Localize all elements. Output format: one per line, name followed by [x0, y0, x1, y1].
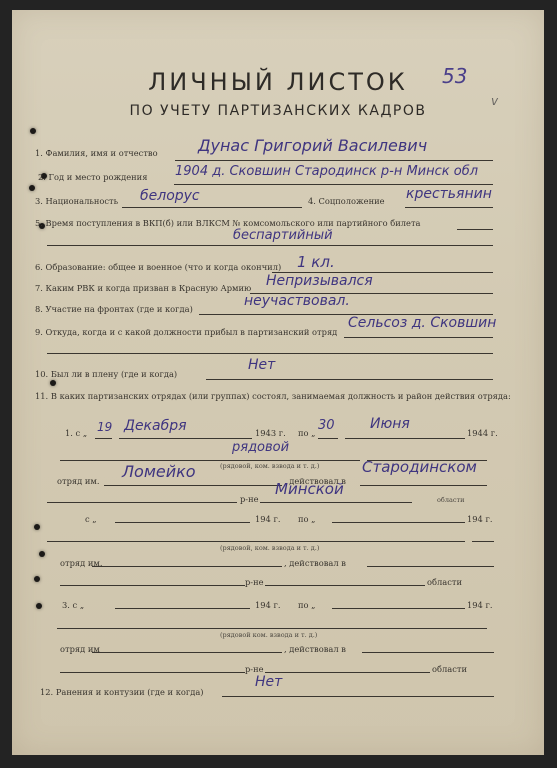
- field-4-label: 4. Соцположение: [308, 196, 385, 206]
- document-subtitle: ПО УЧЕТУ ПАРТИЗАНСКИХ КАДРОВ: [12, 103, 544, 119]
- field-7-label: 7. Каким РВК и когда призван в Красную А…: [35, 283, 251, 293]
- unit-1-unit-name: Ломейко: [122, 462, 196, 481]
- punch-hole: [50, 380, 56, 386]
- underline: [57, 628, 487, 629]
- underline: [472, 541, 494, 542]
- nationality-value: белорус: [140, 188, 200, 204]
- birth-year-place-value: 1904 д. Сковшин Стародинск р-н Минск обл: [175, 164, 478, 179]
- underline: [60, 672, 245, 673]
- unit-3-position-hint: (рядовой ком. взвода и т. д.): [220, 631, 317, 639]
- underline: [260, 502, 412, 503]
- arrival-origin-value: Сельсоз д. Сковшин: [348, 315, 496, 331]
- unit-2-to-year: 194 г.: [467, 514, 492, 524]
- front-participation-value: неучаствовал.: [244, 293, 350, 309]
- conscription-value: Непризывался: [266, 273, 373, 289]
- underline: [332, 522, 465, 523]
- underline: [47, 245, 493, 246]
- underline: [175, 160, 493, 161]
- check-mark: v: [491, 94, 498, 108]
- underline: [222, 696, 494, 697]
- unit-1-to-year: 1944 г.: [467, 428, 498, 438]
- unit-1-unit-label: отряд им.: [57, 476, 100, 486]
- unit-1-from-day: 19: [97, 420, 112, 434]
- underline: [367, 566, 494, 567]
- unit-1-to-prefix: по „: [298, 428, 315, 438]
- underline: [92, 566, 282, 567]
- unit-1-to-day: 30: [318, 418, 335, 433]
- unit-1-region: Минской: [275, 480, 344, 498]
- party-membership-value: беспартийный: [233, 228, 333, 243]
- underline: [104, 485, 282, 486]
- punch-hole: [36, 603, 42, 609]
- unit-2-region-label: области: [427, 577, 462, 587]
- punch-hole: [39, 551, 45, 557]
- field-12-label: 12. Ранения и контузии (где и когда): [40, 687, 204, 697]
- unit-1-district-label: р-не: [240, 494, 259, 504]
- underline: [115, 522, 250, 523]
- punch-hole: [34, 576, 40, 582]
- unit-3-from-prefix: 3. с „: [62, 600, 84, 610]
- captivity-value: Нет: [248, 357, 275, 373]
- underline: [457, 229, 493, 230]
- unit-2-acted-label: , действовал в: [284, 558, 346, 568]
- underline: [362, 652, 494, 653]
- underline: [47, 541, 465, 542]
- underline: [345, 438, 465, 439]
- underline: [174, 184, 493, 185]
- field-5-label: 5. Время поступления в ВКП(б) или ВЛКСМ …: [35, 218, 421, 228]
- underline: [360, 485, 487, 486]
- unit-1-to-month: Июня: [370, 416, 410, 432]
- underline: [95, 438, 112, 439]
- unit-1-region-label: области: [437, 496, 464, 504]
- underline: [47, 353, 493, 354]
- field-8-label: 8. Участие на фронтах (где и когда): [35, 304, 193, 314]
- unit-2-position-hint: (рядовой, ком. взвода и т. д.): [220, 544, 319, 552]
- unit-1-from-month: Декабря: [124, 418, 187, 434]
- unit-1-district: Стародинском: [362, 458, 477, 476]
- unit-2-to-prefix: по „: [298, 514, 315, 524]
- underline: [115, 608, 250, 609]
- punch-hole: [29, 185, 35, 191]
- unit-3-to-prefix: по „: [298, 600, 315, 610]
- punch-hole: [30, 128, 36, 134]
- punch-hole: [34, 524, 40, 530]
- unit-3-region-label: области: [432, 664, 467, 674]
- unit-3-from-year: 194 г.: [255, 600, 280, 610]
- underline: [122, 207, 302, 208]
- education-value: 1 кл.: [297, 253, 335, 271]
- document-page: ЛИЧНЫЙ ЛИСТОК 53 ПО УЧЕТУ ПАРТИЗАНСКИХ К…: [12, 10, 544, 755]
- unit-3-district-label: р-не: [245, 664, 264, 674]
- unit-2-from-year: 194 г.: [255, 514, 280, 524]
- underline: [60, 460, 360, 461]
- field-10-label: 10. Был ли в плену (где и когда): [35, 369, 177, 379]
- field-3-label: 3. Национальность: [35, 196, 118, 206]
- underline: [265, 672, 430, 673]
- unit-3-to-year: 194 г.: [467, 600, 492, 610]
- wounds-value: Нет: [255, 674, 282, 690]
- underline: [47, 502, 237, 503]
- sheet-number: 53: [442, 64, 467, 88]
- underline: [405, 207, 493, 208]
- field-11-label: 11. В каких партизанских отрядах (или гр…: [35, 390, 515, 403]
- field-1-label: 1. Фамилия, имя и отчество: [35, 148, 158, 158]
- unit-2-district-label: р-не: [245, 577, 264, 587]
- field-9-label: 9. Откуда, когда и с какой должности при…: [35, 327, 337, 337]
- underline: [332, 608, 465, 609]
- unit-1-from-year: 1943 г.: [255, 428, 286, 438]
- unit-1-from-prefix: 1. с „: [65, 428, 87, 438]
- social-status-value: крестьянин: [406, 186, 492, 202]
- unit-1-position-hint: (рядовой, ком. взвода и т. д.): [220, 462, 319, 470]
- underline: [119, 438, 252, 439]
- unit-1-position: рядовой: [232, 440, 289, 455]
- unit-2-from-prefix: с „: [85, 514, 97, 524]
- underline: [318, 438, 338, 439]
- underline: [60, 585, 245, 586]
- full-name-value: Дунас Григорий Василевич: [198, 136, 427, 155]
- underline: [344, 337, 493, 338]
- underline: [206, 379, 493, 380]
- field-6-label: 6. Образование: общее и военное (что и к…: [35, 262, 281, 272]
- field-2-label: 2. Год и место рождения: [38, 172, 147, 182]
- unit-3-acted-label: , действовал в: [284, 644, 346, 654]
- underline: [92, 652, 282, 653]
- underline: [265, 585, 425, 586]
